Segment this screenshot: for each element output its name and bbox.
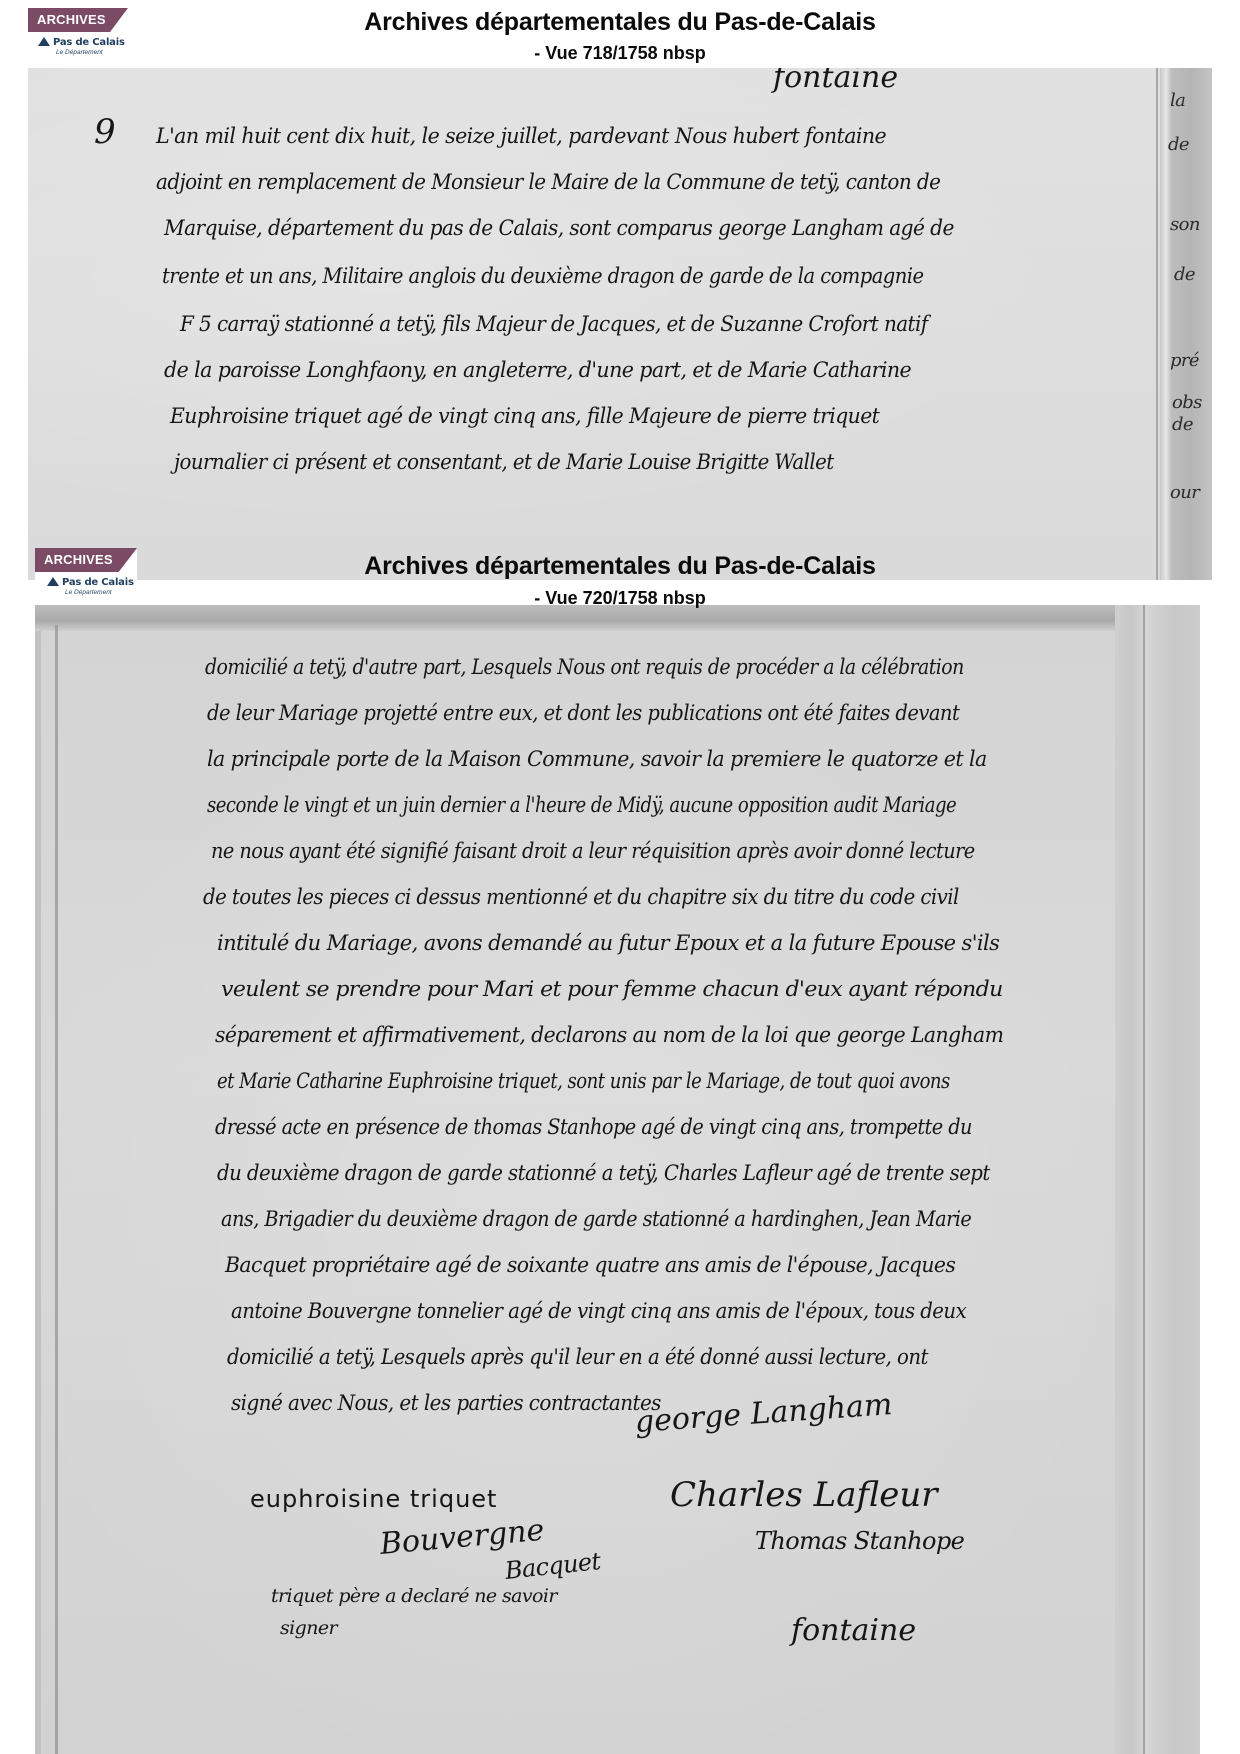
text-line: F 5 carraÿ stationné a tetÿ, fils Majeur…	[180, 312, 928, 336]
text-line: Marquise, département du pas de Calais, …	[164, 216, 954, 240]
margin-text: de	[1174, 264, 1195, 285]
scan-image-vue-720: domicilié a tetÿ, d'autre part, Lesquels…	[35, 605, 1200, 1754]
signature-witness-lafleur: Charles Lafleur	[670, 1475, 937, 1515]
text-line: signé avec Nous, et les parties contract…	[231, 1391, 661, 1415]
text-line: adjoint en remplacement de Monsieur le M…	[156, 170, 940, 194]
page-title: Archives départementales du Pas-de-Calai…	[0, 552, 1240, 581]
margin-text: pré	[1170, 350, 1199, 371]
text-line: de toutes les pieces ci dessus mentionné…	[203, 885, 959, 909]
view-counter: - Vue 720/1758 nbsp	[0, 588, 1240, 609]
entry-number: 9	[94, 112, 115, 152]
text-line: veulent se prendre pour Mari et pour fem…	[221, 977, 1003, 1001]
text-line: L'an mil huit cent dix huit, le seize ju…	[156, 124, 886, 148]
margin-text: de	[1172, 414, 1193, 435]
text-line: seconde le vingt et un juin dernier a l'…	[207, 793, 956, 817]
margin-text: de	[1168, 134, 1189, 155]
text-line: trente et un ans, Militaire anglois du d…	[162, 264, 923, 288]
binding-edge	[1156, 68, 1158, 580]
page-edge	[35, 605, 41, 1754]
signature-bride: euphroisine triquet	[250, 1485, 497, 1513]
text-line: journalier ci présent et consentant, et …	[174, 450, 834, 474]
binding-edge	[1143, 605, 1145, 1754]
page-title: Archives départementales du Pas-de-Calai…	[0, 8, 1240, 37]
text-line: ans, Brigadier du deuxième dragon de gar…	[221, 1207, 971, 1231]
scan-image-vue-718: fontaine 9 L'an mil huit cent dix huit, …	[28, 68, 1212, 580]
text-line: Bacquet propriétaire agé de soixante qua…	[225, 1253, 955, 1277]
page-left-rule	[55, 625, 58, 1754]
binding-strip	[1115, 605, 1200, 1754]
text-line: domicilié a tetÿ, Lesquels après qu'il l…	[227, 1345, 928, 1369]
signature-adjoint: fontaine	[791, 1613, 916, 1648]
text-line: séparement et affirmativement, declarons…	[215, 1023, 1003, 1047]
text-line: de leur Mariage projetté entre eux, et d…	[207, 701, 959, 725]
note-line: signer	[280, 1617, 337, 1639]
margin-text: obs	[1172, 392, 1202, 413]
signature-groom: george Langham	[634, 1387, 894, 1440]
text-line: de la paroisse Longhfaony, en angleterre…	[164, 358, 911, 382]
view-counter: - Vue 718/1758 nbsp	[0, 43, 1240, 64]
signature-witness-stanhope: Thomas Stanhope	[755, 1527, 964, 1555]
margin-text: son	[1170, 214, 1200, 235]
text-line: la principale porte de la Maison Commune…	[207, 747, 987, 771]
signature-witness-bacquet: Bacquet	[504, 1547, 602, 1585]
text-line: et Marie Catharine Euphroisine triquet, …	[217, 1069, 950, 1093]
note-line: triquet père a declaré ne savoir	[271, 1585, 557, 1607]
text-line: Euphroisine triquet agé de vingt cinq an…	[170, 404, 879, 428]
margin-text: our	[1170, 482, 1199, 503]
signature-top: fontaine	[773, 68, 898, 95]
text-line: intitulé du Mariage, avons demandé au fu…	[217, 931, 999, 955]
text-line: ne nous ayant été signifié faisant droit…	[211, 839, 975, 863]
text-line: du deuxième dragon de garde stationné a …	[217, 1161, 990, 1185]
text-line: antoine Bouvergne tonnelier agé de vingt…	[231, 1299, 966, 1323]
text-line: domicilié a tetÿ, d'autre part, Lesquels…	[205, 655, 964, 679]
margin-text: la	[1170, 90, 1185, 111]
text-line: dressé acte en présence de thomas Stanho…	[215, 1115, 972, 1139]
